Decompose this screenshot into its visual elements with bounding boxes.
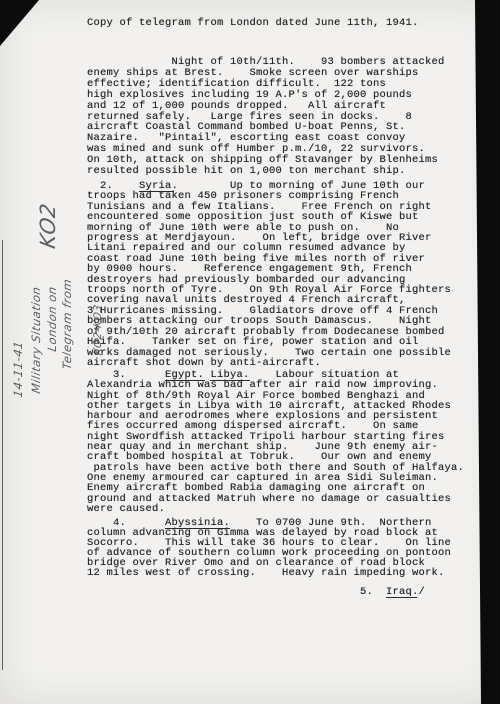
telegram-scan-page: Copy of telegram from London dated June … [0, 0, 500, 704]
underline-abyssinia [165, 528, 230, 529]
underline-iraq [386, 597, 417, 598]
paragraph-abyssinia: 4. Abyssinia. To 0700 June 9th. Northern… [87, 518, 451, 578]
underline-syria [139, 191, 174, 192]
paragraph-air-operations: Night of 10th/11th. 93 bombers attacked … [87, 57, 445, 177]
margin-note-ko2: KO2 [36, 180, 60, 250]
underline-egypt [165, 380, 205, 381]
scan-left-edge-line [2, 240, 4, 670]
scan-corner-fold [0, 0, 39, 46]
margin-note-military-situation: Military Situation [29, 268, 43, 394]
paragraph-egypt-libya: 3. Egypt. Libya. Labour situation at Ale… [87, 370, 464, 514]
margin-note-ko2-ko3: KO2-KO3 [92, 284, 104, 356]
margin-note-london-on: London on [45, 268, 59, 352]
margin-note-telegram-from: Telegram from [60, 276, 74, 370]
margin-note-date: 14-11-41 [11, 310, 25, 398]
underline-libya [210, 380, 250, 381]
paragraph-syria: 2. Syria. Up to morning of June 10th our… [87, 181, 451, 368]
document-title: Copy of telegram from London dated June … [87, 17, 419, 29]
